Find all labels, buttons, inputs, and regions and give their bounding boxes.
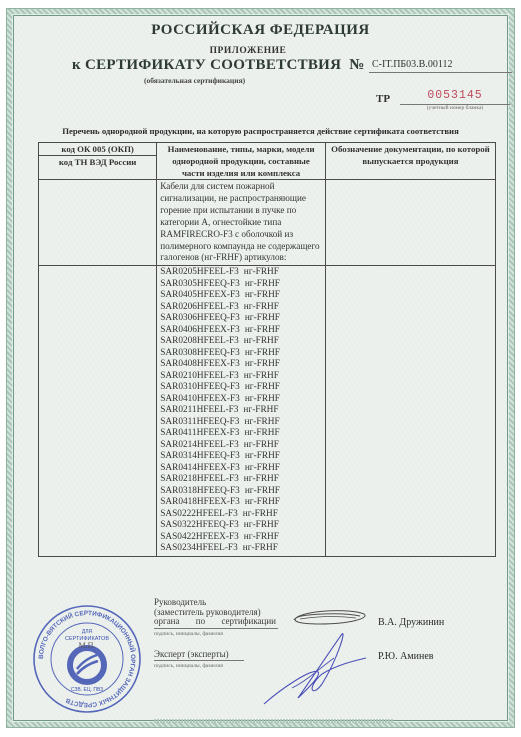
article-suffix: нг-FRHF bbox=[244, 520, 279, 530]
article-suffix: нг-FRHF bbox=[245, 359, 280, 369]
article-code: SAR0206HFEEL-F3 bbox=[160, 302, 239, 312]
list-item: SAR0211HFEEL-F3нг-FRHF bbox=[160, 405, 322, 417]
product-list-heading: Перечень однородной продукции, на котору… bbox=[14, 126, 507, 136]
list-item: SAS0422HFEEX-F3нг-FRHF bbox=[160, 532, 322, 544]
certificate-number: С-IT.ПБ03.В.00112 bbox=[369, 58, 512, 73]
article-code: SAR0411HFEEX-F3 bbox=[160, 428, 239, 438]
code-tnved-header: код ТН ВЭД России bbox=[39, 155, 156, 168]
list-item: SAR0214HFEEL-F3нг-FRHF bbox=[160, 440, 322, 452]
article-suffix: нг-FRHF bbox=[245, 463, 280, 473]
article-suffix: нг-FRHF bbox=[245, 382, 280, 392]
article-code: SAR0208HFEEL-F3 bbox=[160, 336, 239, 346]
list-item: SAR0314HFEEQ-F3нг-FRHF bbox=[160, 451, 322, 463]
article-suffix: нг-FRHF bbox=[245, 451, 280, 461]
expert-role: Эксперт (эксперты) bbox=[154, 650, 229, 660]
documentation-cell bbox=[325, 266, 495, 557]
list-item: SAS0322HFEEQ-F3нг-FRHF bbox=[160, 520, 322, 532]
table-row: SAR0205HFEEL-F3нг-FRHFSAR0305HFEEQ-F3нг-… bbox=[39, 266, 496, 557]
article-code: SAR0214HFEEL-F3 bbox=[160, 440, 239, 450]
article-code: SAS0234HFEEL-F3 bbox=[160, 543, 238, 553]
form-number: 0053145 bbox=[400, 88, 510, 105]
head-signature bbox=[290, 606, 370, 630]
article-suffix: нг-FRHF bbox=[245, 279, 280, 289]
article-suffix: нг-FRHF bbox=[245, 325, 280, 335]
article-suffix: нг-FRHF bbox=[245, 313, 280, 323]
list-item: SAS0234HFEEL-F3нг-FRHF bbox=[160, 543, 322, 555]
product-table: код ОК 005 (ОКП) код ТН ВЭД России Наиме… bbox=[38, 142, 496, 557]
product-description: Кабели для систем пожарной сигнализации,… bbox=[157, 180, 326, 266]
article-code: SAR0405HFEEX-F3 bbox=[160, 290, 240, 300]
article-code: SAR0410HFEEX-F3 bbox=[160, 394, 240, 404]
list-item: SAR0406HFEEX-F3нг-FRHF bbox=[160, 325, 322, 337]
list-item: SAR0418HFEEX-F3нг-FRHF bbox=[160, 497, 322, 509]
list-item: SAS0222HFEEL-F3нг-FRHF bbox=[160, 509, 322, 521]
head-caption: подпись, инициалы, фамилия bbox=[154, 631, 223, 637]
documentation-header: Обозначение документации, по которой вып… bbox=[325, 143, 495, 180]
number-sign: № bbox=[349, 57, 364, 73]
head-role: Руководитель (заместитель руководителя) … bbox=[154, 598, 276, 627]
article-suffix: нг-FRHF bbox=[245, 394, 280, 404]
article-suffix: нг-FRHF bbox=[245, 497, 280, 507]
form-number-caption: (учетный номер бланка) bbox=[400, 105, 510, 111]
article-suffix: нг-FRHF bbox=[244, 302, 279, 312]
table-row: Кабели для систем пожарной сигнализации,… bbox=[39, 180, 496, 266]
article-suffix: нг-FRHF bbox=[244, 336, 279, 346]
expert-signature-line bbox=[154, 660, 244, 661]
article-code: SAR0314HFEEQ-F3 bbox=[160, 451, 240, 461]
code-cell bbox=[39, 180, 157, 266]
certificate-sheet: РОССИЙСКАЯ ФЕДЕРАЦИЯ ПРИЛОЖЕНИЕ к СЕРТИФ… bbox=[6, 8, 515, 728]
articles-list: SAR0205HFEEL-F3нг-FRHFSAR0305HFEEQ-F3нг-… bbox=[157, 266, 326, 557]
article-code: SAS0222HFEEL-F3 bbox=[160, 509, 238, 519]
certificate-title-text: к СЕРТИФИКАТУ СООТВЕТСТВИЯ bbox=[72, 57, 341, 73]
article-suffix: нг-FRHF bbox=[244, 267, 279, 277]
code-cell bbox=[39, 266, 157, 557]
article-suffix: нг-FRHF bbox=[245, 486, 280, 496]
code-okp-header: код ОК 005 (ОКП) bbox=[39, 143, 156, 155]
article-suffix: нг-FRHF bbox=[244, 428, 279, 438]
article-code: SAR0305HFEEQ-F3 bbox=[160, 279, 240, 289]
list-item: SAR0218HFEEL-F3нг-FRHF bbox=[160, 474, 322, 486]
list-item: SAR0318HFEEQ-F3нг-FRHF bbox=[160, 486, 322, 498]
list-item: SAR0410HFEEX-F3нг-FRHF bbox=[160, 394, 322, 406]
head-name: В.А. Дружинин bbox=[378, 617, 444, 628]
article-code: SAR0211HFEEL-F3 bbox=[160, 405, 238, 415]
article-suffix: нг-FRHF bbox=[244, 474, 279, 484]
list-item: SAR0205HFEEL-F3нг-FRHF bbox=[160, 267, 322, 279]
expert-signature bbox=[262, 628, 370, 708]
list-item: SAR0306HFEEQ-F3нг-FRHF bbox=[160, 313, 322, 325]
article-code: SAS0322HFEEQ-F3 bbox=[160, 520, 239, 530]
list-item: SAR0208HFEEL-F3нг-FRHF bbox=[160, 336, 322, 348]
appendix-title: ПРИЛОЖЕНИЕ bbox=[14, 46, 482, 56]
article-code: SAR0318HFEEQ-F3 bbox=[160, 486, 240, 496]
stamp-bottom: СЗВ. ЕЦ. ПВЗ bbox=[71, 687, 103, 693]
list-item: SAR0408HFEEX-F3нг-FRHF bbox=[160, 359, 322, 371]
certificate-title: к СЕРТИФИКАТУ СООТВЕТСТВИЯ№ bbox=[72, 57, 365, 74]
article-code: SAR0306HFEEQ-F3 bbox=[160, 313, 240, 323]
tp-label: ТР bbox=[376, 93, 390, 105]
list-item: SAR0414HFEEX-F3нг-FRHF bbox=[160, 463, 322, 475]
product-name-header: Наименование, типы, марки, модели одноро… bbox=[157, 143, 326, 180]
head-signature-line bbox=[154, 628, 278, 629]
article-code: SAR0418HFEEX-F3 bbox=[160, 497, 240, 507]
list-item: SAR0305HFEEQ-F3нг-FRHF bbox=[160, 279, 322, 291]
article-suffix: нг-FRHF bbox=[243, 405, 278, 415]
list-item: SAR0210HFEEL-F3нг-FRHF bbox=[160, 371, 322, 383]
article-suffix: нг-FRHF bbox=[243, 509, 278, 519]
certification-type: (обязательная сертификация) bbox=[144, 76, 245, 85]
article-suffix: нг-FRHF bbox=[244, 532, 279, 542]
article-suffix: нг-FRHF bbox=[244, 371, 279, 381]
article-suffix: нг-FRHF bbox=[245, 348, 280, 358]
article-code: SAR0218HFEEL-F3 bbox=[160, 474, 239, 484]
article-code: SAR0308HFEEQ-F3 bbox=[160, 348, 240, 358]
code-header: код ОК 005 (ОКП) код ТН ВЭД России bbox=[39, 143, 157, 180]
article-code: SAR0210HFEEL-F3 bbox=[160, 371, 239, 381]
documentation-cell bbox=[325, 180, 495, 266]
list-item: SAR0311HFEEQ-F3нг-FRHF bbox=[160, 417, 322, 429]
article-code: SAR0414HFEEX-F3 bbox=[160, 463, 240, 473]
official-stamp: ВОЛГО-ВЯТСКИЙ СЕРТИФИКАЦИОННЫЙ ОРГАН ЗАЩ… bbox=[31, 603, 143, 715]
article-code: SAR0311HFEEQ-F3 bbox=[160, 417, 239, 427]
article-suffix: нг-FRHF bbox=[243, 543, 278, 553]
article-suffix: нг-FRHF bbox=[244, 440, 279, 450]
expert-name: Р.Ю. Аминев bbox=[378, 651, 434, 662]
stamp-mp: М.П. bbox=[79, 641, 96, 650]
article-code: SAS0422HFEEX-F3 bbox=[160, 532, 239, 542]
article-suffix: нг-FRHF bbox=[244, 417, 279, 427]
list-item: SAR0310HFEEQ-F3нг-FRHF bbox=[160, 382, 322, 394]
list-item: SAR0308HFEEQ-F3нг-FRHF bbox=[160, 348, 322, 360]
article-code: SAR0310HFEEQ-F3 bbox=[160, 382, 240, 392]
head-role-line3: органа по сертификации bbox=[154, 617, 276, 627]
article-code: SAR0205HFEEL-F3 bbox=[160, 267, 239, 277]
stamp-inner-top: ДЛЯ bbox=[82, 629, 93, 635]
article-code: SAR0408HFEEX-F3 bbox=[160, 359, 240, 369]
table-header-row: код ОК 005 (ОКП) код ТН ВЭД России Наиме… bbox=[39, 143, 496, 180]
article-suffix: нг-FRHF bbox=[245, 290, 280, 300]
expert-caption: подпись, инициалы, фамилия bbox=[154, 663, 223, 669]
article-code: SAR0406HFEEX-F3 bbox=[160, 325, 240, 335]
inner-frame: РОССИЙСКАЯ ФЕДЕРАЦИЯ ПРИЛОЖЕНИЕ к СЕРТИФ… bbox=[13, 15, 508, 721]
list-item: SAR0405HFEEX-F3нг-FRHF bbox=[160, 290, 322, 302]
list-item: SAR0411HFEEX-F3нг-FRHF bbox=[160, 428, 322, 440]
list-item: SAR0206HFEEL-F3нг-FRHF bbox=[160, 302, 322, 314]
country-title: РОССИЙСКАЯ ФЕДЕРАЦИЯ bbox=[14, 22, 507, 39]
footer-microtext bbox=[154, 719, 394, 723]
